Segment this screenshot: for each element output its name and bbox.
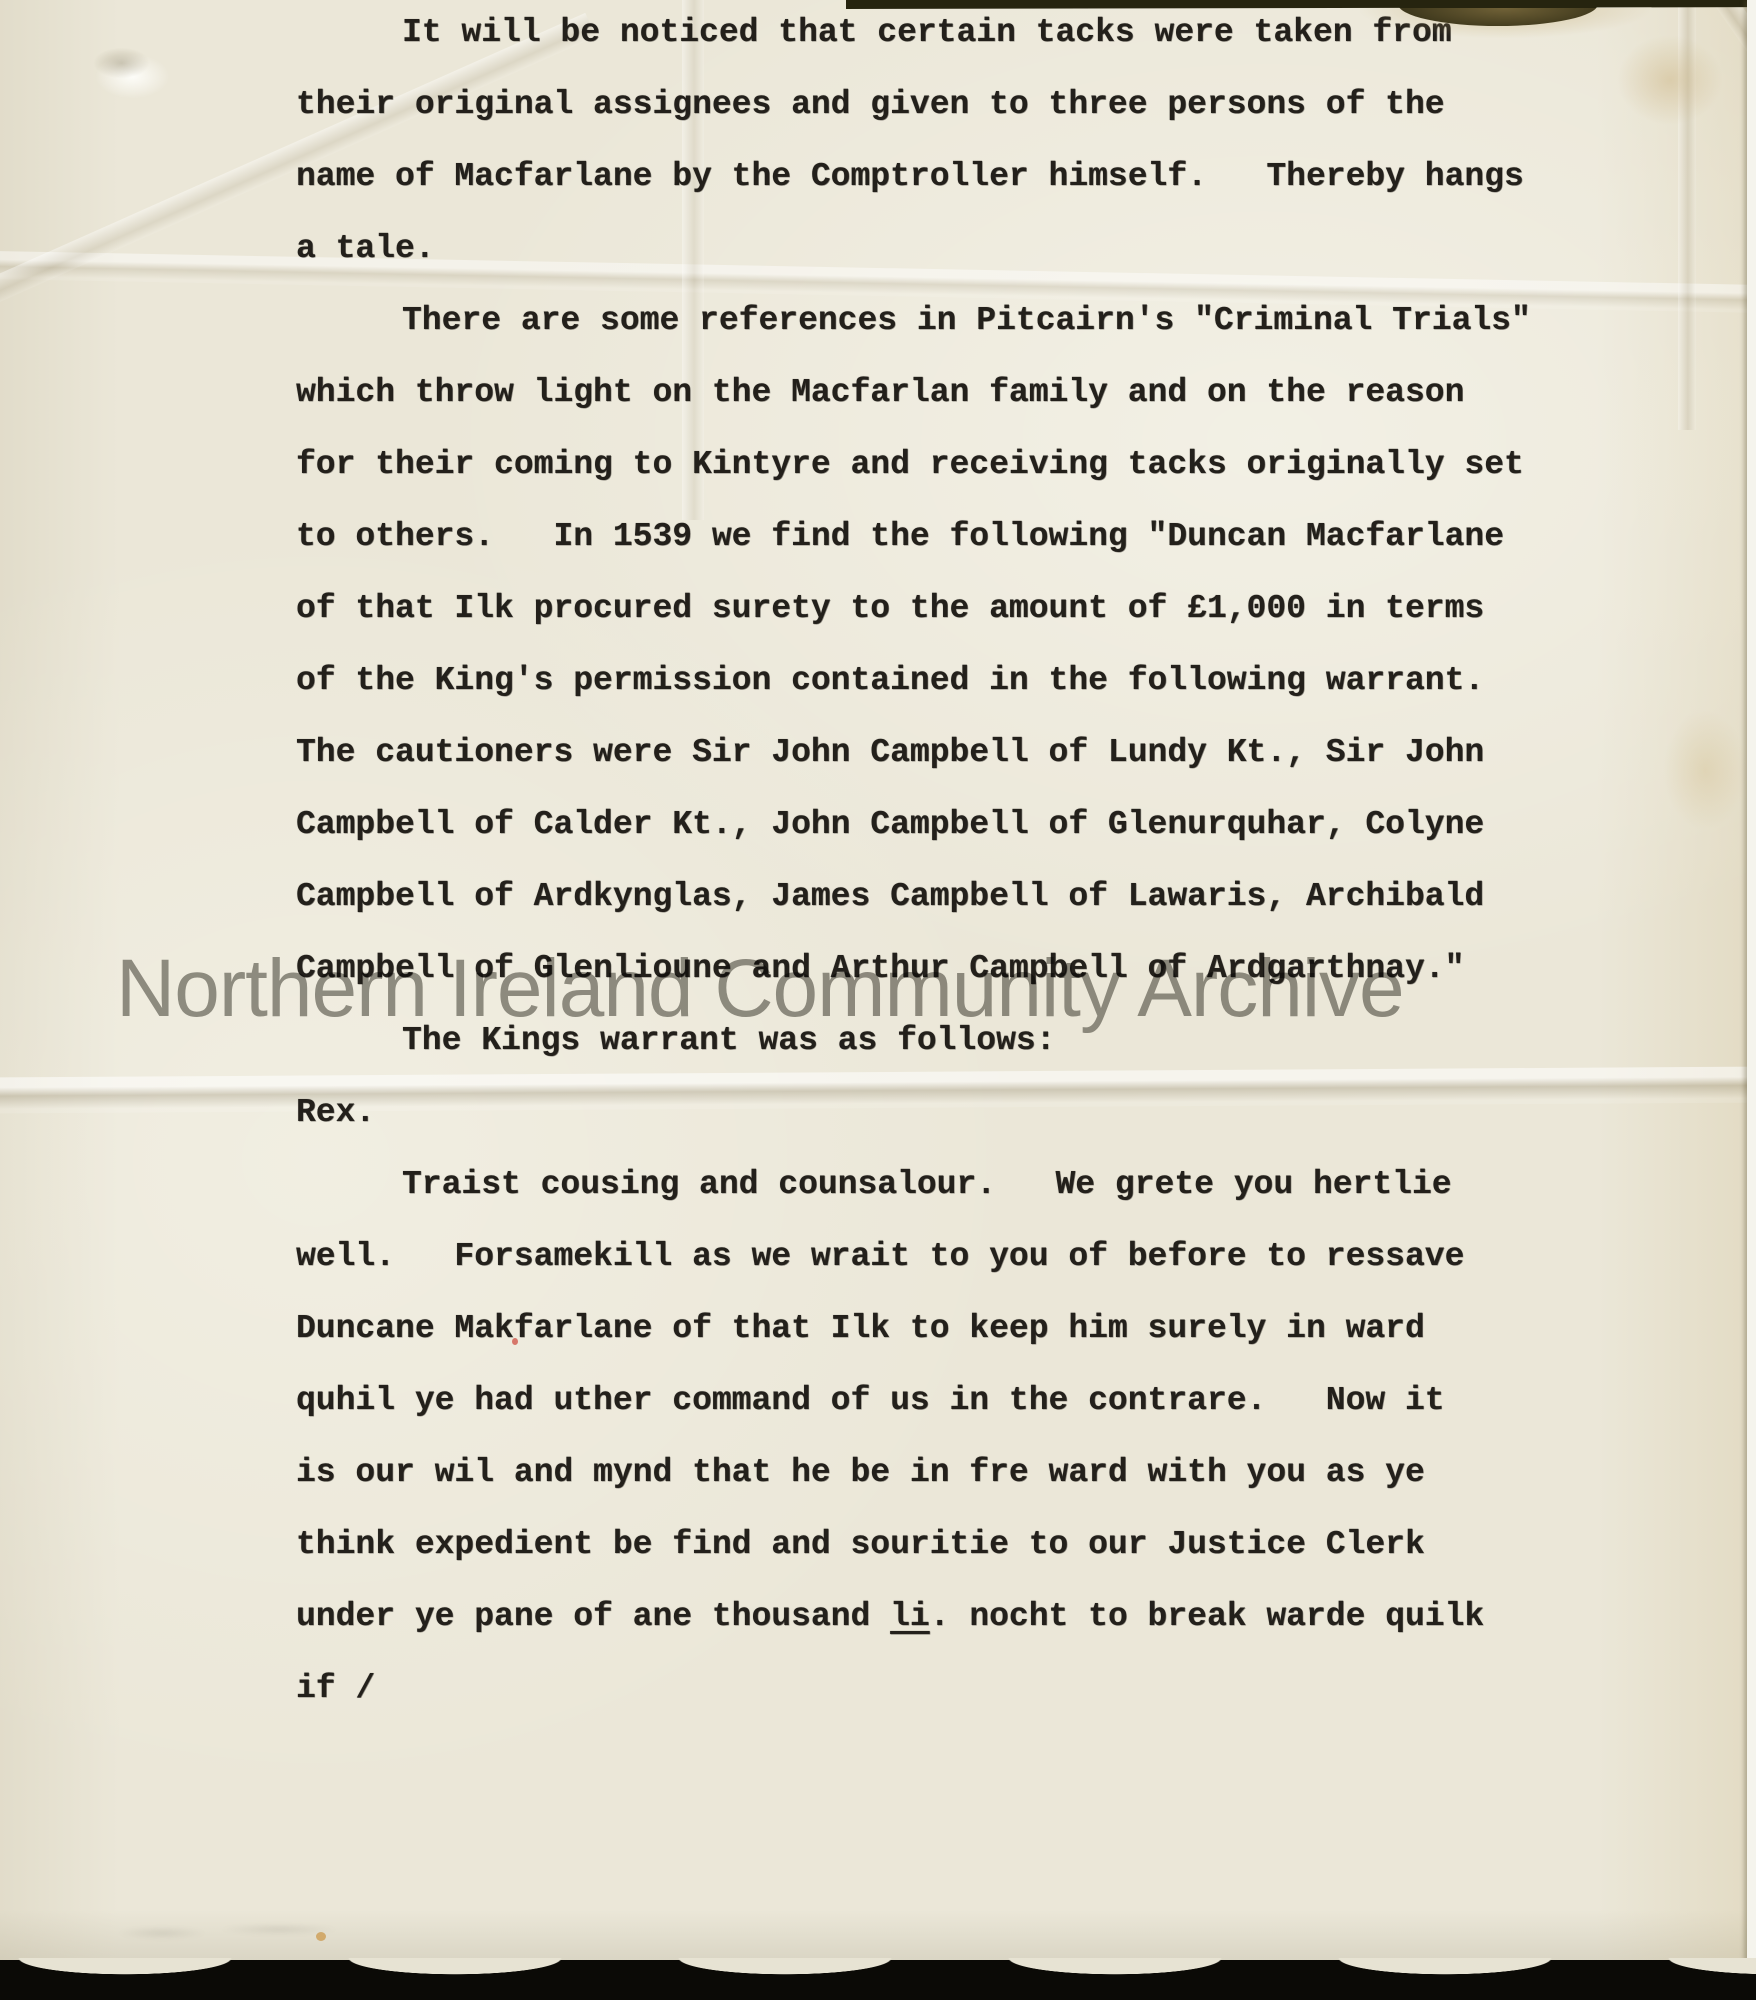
paper-speck-orange (316, 1932, 326, 1941)
typed-line: their original assignees and given to th… (296, 69, 1626, 141)
scan-background-bottom-edge (0, 1960, 1756, 2000)
typed-line: a tale. (296, 213, 1626, 285)
typed-line: of the King's permission contained in th… (296, 645, 1626, 717)
paper-stain-right (1650, 690, 1756, 850)
typed-line: quhil ye had uther command of us in the … (296, 1365, 1626, 1437)
typed-line: which throw light on the Macfarlan famil… (296, 357, 1626, 429)
typed-line: under ye pane of ane thousand li. nocht … (296, 1581, 1626, 1653)
typed-line: Campbell of Ardkynglas, James Campbell o… (296, 861, 1626, 933)
torn-top-edge-discoloration (1360, 8, 1650, 38)
paper-crease-vertical-right (1678, 0, 1696, 430)
typed-line: of that Ilk procured surety to the amoun… (296, 573, 1626, 645)
typed-line: well. Forsamekill as we wrait to you of … (296, 1221, 1626, 1293)
typed-line: to others. In 1539 we find the following… (296, 501, 1626, 573)
typed-line: The cautioners were Sir John Campbell of… (296, 717, 1626, 789)
typed-line: for their coming to Kintyre and receivin… (296, 429, 1626, 501)
typed-text-block: It will be noticed that certain tacks we… (296, 0, 1626, 1725)
typed-line: Traist cousing and counsalour. We grete … (296, 1149, 1626, 1221)
scan-background-right-edge (1747, 0, 1756, 1962)
paper-crease-corner-fold (1682, 0, 1756, 156)
typed-line: think expedient be find and souritie to … (296, 1509, 1626, 1581)
typed-line: There are some references in Pitcairn's … (296, 285, 1626, 357)
typed-line: name of Macfarlane by the Comptroller hi… (296, 141, 1626, 213)
typed-line: Duncane Makfarlane of that Ilk to keep h… (296, 1293, 1626, 1365)
watermark-text: Northern Ireland Community Archive (116, 948, 1404, 1030)
typed-line: Rex. (296, 1077, 1626, 1149)
paper-sheet: It will be noticed that certain tacks we… (0, 0, 1756, 2000)
scanned-document-page: It will be noticed that certain tacks we… (0, 0, 1756, 2000)
typed-line: is our wil and mynd that he be in fre wa… (296, 1437, 1626, 1509)
typed-line: Campbell of Calder Kt., John Campbell of… (296, 789, 1626, 861)
typed-line: if / (296, 1653, 1626, 1725)
paper-ghost-text-smudge (110, 1915, 370, 1951)
paper-dent-top-left (72, 28, 182, 106)
